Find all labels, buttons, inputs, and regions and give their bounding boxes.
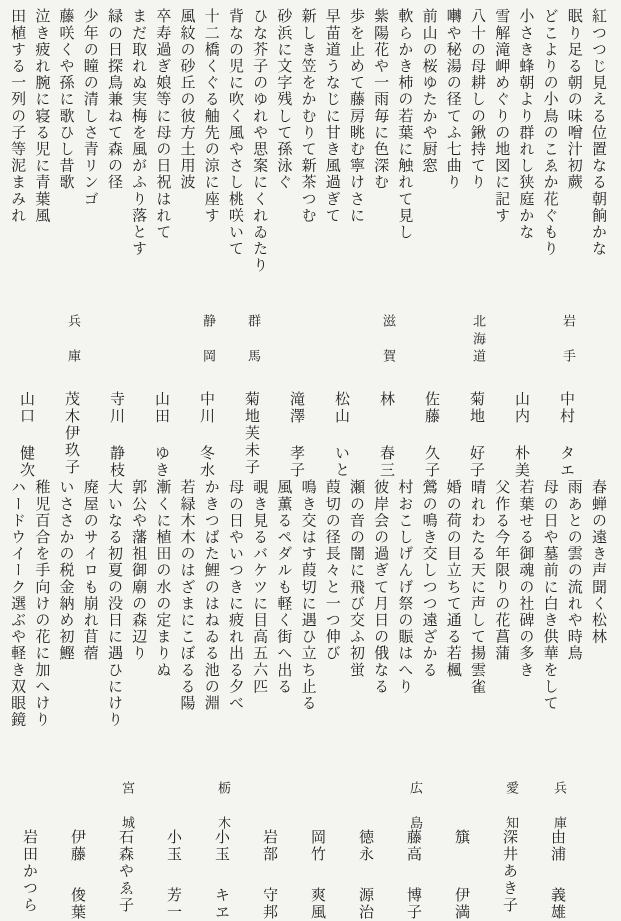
author-given-name: 孝子 <box>287 445 307 479</box>
author-family-name: 簱 <box>452 829 472 846</box>
author-column: 山内朴美 <box>512 314 532 479</box>
author-family-name: 徳永 <box>356 829 376 863</box>
haiku-column: 葭切の径長々と一つ伸び <box>321 479 345 771</box>
haiku-column: ハードウイーク選ぶや軽き双眼鏡 <box>6 479 30 771</box>
haiku-column: 緑の日探鳥兼ねて森の径 <box>103 8 127 300</box>
author-given-name: いと <box>332 445 352 479</box>
author-name: 岡竹爽風 <box>308 829 328 921</box>
haiku-column: 瀬の音の闇に飛び交ふ初蛍 <box>345 479 369 771</box>
author-given-name: タエ <box>557 445 577 479</box>
haiku-column: 父作る今年限りの花菖蒲 <box>490 479 514 771</box>
author-family-name: 佐藤 <box>422 391 442 425</box>
author-given-name: 健次 <box>17 445 37 479</box>
prefecture-label <box>356 781 376 829</box>
prefecture-label: 静岡 <box>197 314 217 362</box>
author-name: 中村タエ <box>557 391 577 479</box>
prefecture-char: 兵 <box>548 781 568 794</box>
author-name: 山口健次 <box>17 391 37 479</box>
prefecture-label <box>452 781 472 829</box>
prefecture-char: 栃 <box>212 781 232 794</box>
prefecture-label: 群馬 <box>242 314 262 362</box>
author-given-name: 守邦 <box>260 887 280 921</box>
author-column: 岩手中村タエ <box>557 314 577 479</box>
author-given-name: キヱ <box>212 887 232 921</box>
haiku-column: 早苗道うなじに甘き風過ぎて <box>321 8 345 300</box>
haiku-column: 雪解滝岬めぐりの地図に記す <box>490 8 514 300</box>
author-name: 小玉芳一 <box>164 829 184 921</box>
prefecture-label: 兵庫 <box>62 314 82 362</box>
haiku-column: 泣き疲れ腕に寝る児に青葉風 <box>30 8 54 300</box>
author-given-name: 朴美 <box>512 445 532 479</box>
author-column: 群馬菊地芙未子 <box>242 314 262 479</box>
author-name: 中川冬水 <box>197 391 217 479</box>
prefecture-char: 知 <box>500 816 520 829</box>
haiku-column: 春蝉の遠き声聞く松林 <box>587 479 611 771</box>
haiku-column: 砂浜に文字残して孫泳ぐ <box>272 8 296 300</box>
prefecture-char: 海 <box>467 332 487 345</box>
haiku-column: 八十の母耕しの鍬持てり <box>466 8 490 300</box>
author-column: 静岡中川冬水 <box>197 314 217 479</box>
prefecture-label <box>20 781 40 829</box>
haiku-column: どこよりの小鳥のこゑか花ぐもり <box>538 8 562 300</box>
author-family-name: 松山 <box>332 391 352 425</box>
prefecture-char: 愛 <box>500 781 520 794</box>
author-name: 伊藤俊葉 <box>68 829 88 921</box>
prefecture-label <box>287 314 307 362</box>
author-family-name: 茂木伊玖子 <box>62 391 82 476</box>
haiku-column: 覗き見るバケツに目高五六匹 <box>248 479 272 771</box>
haiku-column: 紫陽花や一雨毎に色深む <box>369 8 393 300</box>
haiku-column: 雨あとの雲の流れや時鳥 <box>563 479 587 771</box>
prefecture-char: 道 <box>467 349 487 362</box>
author-given-name: 芳一 <box>164 887 184 921</box>
prefecture-label <box>107 314 127 362</box>
haiku-column: 稚児百合を手向けの花に加へけり <box>30 479 54 771</box>
prefecture-char: 手 <box>557 349 577 362</box>
author-column: 徳永源治 <box>356 781 376 907</box>
author-column: 滝澤孝子 <box>287 314 307 479</box>
author-name: 林春三 <box>377 391 397 479</box>
author-family-name: 滝澤 <box>287 391 307 425</box>
author-given-name: 好子 <box>467 445 487 479</box>
prefecture-label: 岩手 <box>557 314 577 362</box>
haiku-column: 紅つつじ見える位置なる朝餉かな <box>587 8 611 300</box>
haiku-column: 晴れわたる天に声して揚雲雀 <box>466 479 490 771</box>
prefecture-char: 城 <box>116 816 136 829</box>
haiku-column: 婚の荷の目立ちて通る若楓 <box>442 479 466 771</box>
haiku-column: 新しき笠をかむりて新茶つむ <box>296 8 320 300</box>
haiku-column: 廃屋のサイロも崩れ苜蓿 <box>79 479 103 771</box>
haiku-column: いささかの税金納め初鰹 <box>54 479 78 771</box>
haiku-column: 前山の桜ゆたかや厨窓 <box>417 8 441 300</box>
author-column: 岡竹爽風 <box>308 781 328 907</box>
prefecture-char: 兵 <box>62 314 82 327</box>
haiku-column: 若緑木木のはざまにこぼるる陽 <box>175 479 199 771</box>
haiku-column: 背なの児に吹く風やさし桃咲いて <box>224 8 248 300</box>
prefecture-label <box>512 314 532 362</box>
haiku-column: 母の日や墓前に白き供華をして <box>538 479 562 771</box>
author-column: 滋賀林春三 <box>377 314 397 479</box>
prefecture-char: 滋 <box>377 314 397 327</box>
author-column: 簱伊満 <box>452 781 472 907</box>
prefecture-char: 庫 <box>548 816 568 829</box>
prefecture-label: 栃木 <box>212 781 232 829</box>
author-name: 佐藤久子 <box>422 391 442 479</box>
author-family-name: 菊地 <box>467 391 487 425</box>
author-family-name: 藤高 <box>404 829 424 863</box>
author-column: 山口健次 <box>17 314 37 479</box>
prefecture-char: 広 <box>404 781 424 794</box>
page: 紅つつじ見える位置なる朝餉かな眠り足る朝の味噌汁初蕨どこよりの小鳥のこゑか花ぐも… <box>0 0 621 921</box>
haiku-column: 若葉せる御魂の社碑の多き <box>514 479 538 771</box>
author-family-name: 山内 <box>512 391 532 425</box>
author-name: 簱伊満 <box>452 829 472 921</box>
author-family-name: 小玉 <box>212 829 232 863</box>
author-family-name: 山田 <box>152 391 172 425</box>
author-given-name: 伊満 <box>452 887 472 921</box>
author-family-name: 中村 <box>557 391 577 425</box>
haiku-column: 囀や秘湯の径てふ七曲り <box>442 8 466 300</box>
author-family-name: 岩田かつら <box>20 829 40 914</box>
author-name: 深井あき子 <box>500 829 520 921</box>
author-name: 寺川静枝 <box>107 391 127 479</box>
author-family-name: 岡竹 <box>308 829 328 863</box>
prefecture-label <box>164 781 184 829</box>
author-name: 由浦義雄 <box>548 829 568 921</box>
author-name: 石森やゑ子 <box>116 829 136 921</box>
haiku-column: 鶯の鳴き交しつつ遠ざかる <box>417 479 441 771</box>
author-column: 宮城石森やゑ子 <box>116 781 136 907</box>
author-column: 北海道菊地好子 <box>467 314 487 479</box>
author-column: 山田ゆき <box>152 314 172 479</box>
author-given-name: 博子 <box>404 887 424 921</box>
author-column: 伊藤俊葉 <box>68 781 88 907</box>
haiku-column: 風薫るペダルも軽く街へ出る <box>272 479 296 771</box>
author-name: 岩部守邦 <box>260 829 280 921</box>
prefecture-char: 賀 <box>377 349 397 362</box>
prefecture-label <box>152 314 172 362</box>
author-family-name: 小玉 <box>164 829 184 863</box>
author-given-name: 俊葉 <box>68 887 88 921</box>
haiku-column: 歩を止めて藤房眺む寧けさに <box>345 8 369 300</box>
haiku-column: ひな芥子のゆれや思案にくれゐたり <box>248 8 272 300</box>
prefecture-char: 宮 <box>116 781 136 794</box>
author-family-name: 菊地芙未子 <box>242 391 262 476</box>
prefecture-label: 滋賀 <box>377 314 397 362</box>
author-family-name: 林 <box>377 391 397 408</box>
author-family-name: 山口 <box>17 391 37 425</box>
author-column: 佐藤久子 <box>422 314 442 479</box>
prefecture-label: 北海道 <box>467 314 487 362</box>
author-name: 茂木伊玖子 <box>62 391 82 479</box>
author-name: 松山いと <box>332 391 352 479</box>
prefecture-label <box>332 314 352 362</box>
author-given-name: 爽風 <box>308 887 328 921</box>
author-column: 兵庫由浦義雄 <box>548 781 568 907</box>
haiku-column: 眠り足る朝の味噌汁初蕨 <box>563 8 587 300</box>
haiku-column: 鳴き交はす葭切に遇ひ立ち止る <box>296 479 320 771</box>
author-given-name: 久子 <box>422 445 442 479</box>
prefecture-label <box>422 314 442 362</box>
author-column: 寺川静枝 <box>107 314 127 479</box>
haiku-column: 小さき蜂朝より群れし狭庭かな <box>514 8 538 300</box>
author-name: 山田ゆき <box>152 391 172 479</box>
prefecture-char: 庫 <box>62 349 82 362</box>
prefecture-label <box>308 781 328 829</box>
author-name: 藤高博子 <box>404 829 424 921</box>
author-name: 菊地芙未子 <box>242 391 262 479</box>
author-given-name: 静枝 <box>107 445 127 479</box>
haiku-block-1: 紅つつじ見える位置なる朝餉かな眠り足る朝の味噌汁初蕨どこよりの小鳥のこゑか花ぐも… <box>0 8 611 300</box>
author-family-name: 石森やゑ子 <box>116 829 136 914</box>
author-column: 岩部守邦 <box>260 781 280 907</box>
prefecture-char: 北 <box>467 314 487 327</box>
prefecture-label: 兵庫 <box>548 781 568 829</box>
author-column: 兵庫茂木伊玖子 <box>62 314 82 479</box>
prefecture-char: 岩 <box>557 314 577 327</box>
author-column: 小玉芳一 <box>164 781 184 907</box>
prefecture-char: 静 <box>197 314 217 327</box>
prefecture-label: 愛知 <box>500 781 520 829</box>
haiku-column: まだ取れぬ実梅を風がふり落とす <box>127 8 151 300</box>
haiku-column: 卒寿過ぎ娘等に母の日祝はれて <box>151 8 175 300</box>
haiku-column: 郭公や藩祖御廟の森辺り <box>127 479 151 771</box>
haiku-column: 軟らかき柿の若葉に触れて見し <box>393 8 417 300</box>
haiku-column: 母の日やいつきに疲れ出る夕べ <box>224 479 248 771</box>
prefecture-char: 群 <box>242 314 262 327</box>
haiku-column: 彼岸会の過ぎて月日の俄なる <box>369 479 393 771</box>
author-name: 菊地好子 <box>467 391 487 479</box>
prefecture-label <box>260 781 280 829</box>
prefecture-label: 広島 <box>404 781 424 829</box>
prefecture-char: 木 <box>212 816 232 829</box>
haiku-column: 村おこしげんげ祭の賑はへり <box>393 479 417 771</box>
author-family-name: 寺川 <box>107 391 127 425</box>
author-name: 山内朴美 <box>512 391 532 479</box>
author-family-name: 深井あき子 <box>500 829 520 914</box>
author-family-name: 岩部 <box>260 829 280 863</box>
haiku-column: 大いなる初夏の没日に遇ひにけり <box>103 479 127 771</box>
author-column: 広島藤高博子 <box>404 781 424 907</box>
author-column: 松山いと <box>332 314 352 479</box>
author-name: 滝澤孝子 <box>287 391 307 479</box>
author-block-1: 岩手中村タエ山内朴美北海道菊地好子佐藤久子滋賀林春三松山いと滝澤孝子群馬菊地芙未… <box>0 314 611 479</box>
prefecture-char: 岡 <box>197 349 217 362</box>
author-block-2: 兵庫由浦義雄愛知深井あき子簱伊満広島藤高博子徳永源治岡竹爽風岩部守邦栃木小玉キヱ… <box>0 781 611 907</box>
author-column: 岩田かつら <box>20 781 40 907</box>
author-column: 愛知深井あき子 <box>500 781 520 907</box>
author-given-name: 源治 <box>356 887 376 921</box>
author-given-name: 冬水 <box>197 445 217 479</box>
haiku-column: 少年の瞳の清しさ青リンゴ <box>79 8 103 300</box>
author-family-name: 中川 <box>197 391 217 425</box>
author-family-name: 伊藤 <box>68 829 88 863</box>
author-name: 徳永源治 <box>356 829 376 921</box>
haiku-block-2: 春蝉の遠き声聞く松林雨あとの雲の流れや時鳥母の日や墓前に白き供華をして若葉せる御… <box>0 479 611 771</box>
author-column: 栃木小玉キヱ <box>212 781 232 907</box>
author-given-name: ゆき <box>152 445 172 479</box>
prefecture-char: 馬 <box>242 349 262 362</box>
prefecture-label: 宮城 <box>116 781 136 829</box>
haiku-column: 漸くに植田の水の定まりぬ <box>151 479 175 771</box>
haiku-column: 藤咲くや孫に歌ひし昔歌 <box>54 8 78 300</box>
haiku-column: 十二橋くぐる舳先の涼に座す <box>200 8 224 300</box>
prefecture-label <box>17 314 37 362</box>
haiku-column: かきつばた鯉のはねゐる池の淵 <box>200 479 224 771</box>
author-given-name: 春三 <box>377 445 397 479</box>
haiku-column: 風紋の砂丘の彼方土用波 <box>175 8 199 300</box>
author-family-name: 由浦 <box>548 829 568 863</box>
author-name: 岩田かつら <box>20 829 40 921</box>
author-given-name: 義雄 <box>548 887 568 921</box>
author-name: 小玉キヱ <box>212 829 232 921</box>
prefecture-label <box>68 781 88 829</box>
prefecture-char: 島 <box>404 816 424 829</box>
haiku-column: 田植する一列の子等泥まみれ <box>6 8 30 300</box>
